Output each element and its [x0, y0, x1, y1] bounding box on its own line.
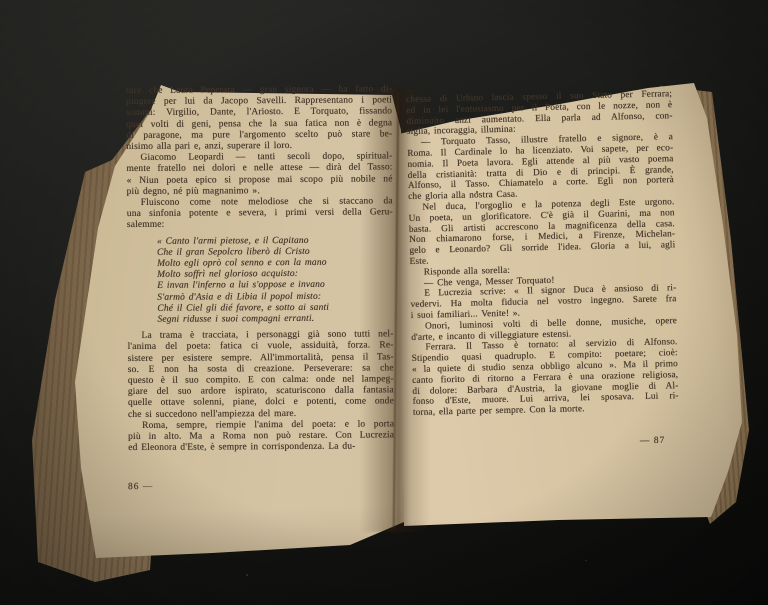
text-line: di paragone, ma pure l'argomento scelto …: [126, 129, 392, 142]
text-line: salemme:: [127, 219, 393, 232]
text-line: quelle ottave solenni, piane, dolci e po…: [128, 397, 394, 410]
text-line: ed Eleonora d'Este, è sempre in corrispo…: [128, 442, 394, 455]
paragraph-block: Nel duca, l'orgoglio e la potenza degli …: [408, 197, 675, 268]
paragraph-block: La trama è tracciata, i personaggi già s…: [127, 330, 394, 421]
right-page-text: chessa di Urbino lascia spesso il suo St…: [406, 89, 679, 419]
text-line: una sinfonia potente e severa, i primi v…: [127, 208, 393, 221]
ink-speck: [476, 191, 478, 193]
paragraph-block: Roma, sempre, riempie l'anima del poeta:…: [128, 419, 394, 454]
left-page-number: 86 —: [128, 482, 153, 492]
left-page-text: ture che Laura Peperara — gran signora —…: [126, 84, 394, 454]
text-line: « Niun poeta epico si propose mai scopo …: [127, 174, 393, 187]
dust-speck: [585, 560, 587, 561]
paragraph-block: Ferrara. Il Tasso è tornato: al servizio…: [411, 337, 679, 418]
dust-speck: [246, 574, 248, 576]
paragraph-block: Giacomo Leopardi — tanti secoli dopo, sp…: [126, 152, 392, 198]
photo-background: ture che Laura Peperara — gran signora —…: [0, 0, 768, 605]
paragraph-block: — Torquato Tasso, illustre fratello e si…: [407, 132, 674, 203]
right-page-number: — 87: [640, 436, 666, 447]
paragraph-block: Fluiscono come note melodiose che si sta…: [127, 196, 393, 231]
verse-block: « Canto l'armi pietose, e il CapitanoChe…: [157, 235, 394, 326]
paragraph-block: ture che Laura Peperara — gran signora —…: [126, 84, 392, 153]
text-line: Segni ridusse i suoi compagni erranti.: [157, 313, 393, 326]
paragraph-block: chessa di Urbino lascia spesso il suo St…: [406, 89, 673, 138]
